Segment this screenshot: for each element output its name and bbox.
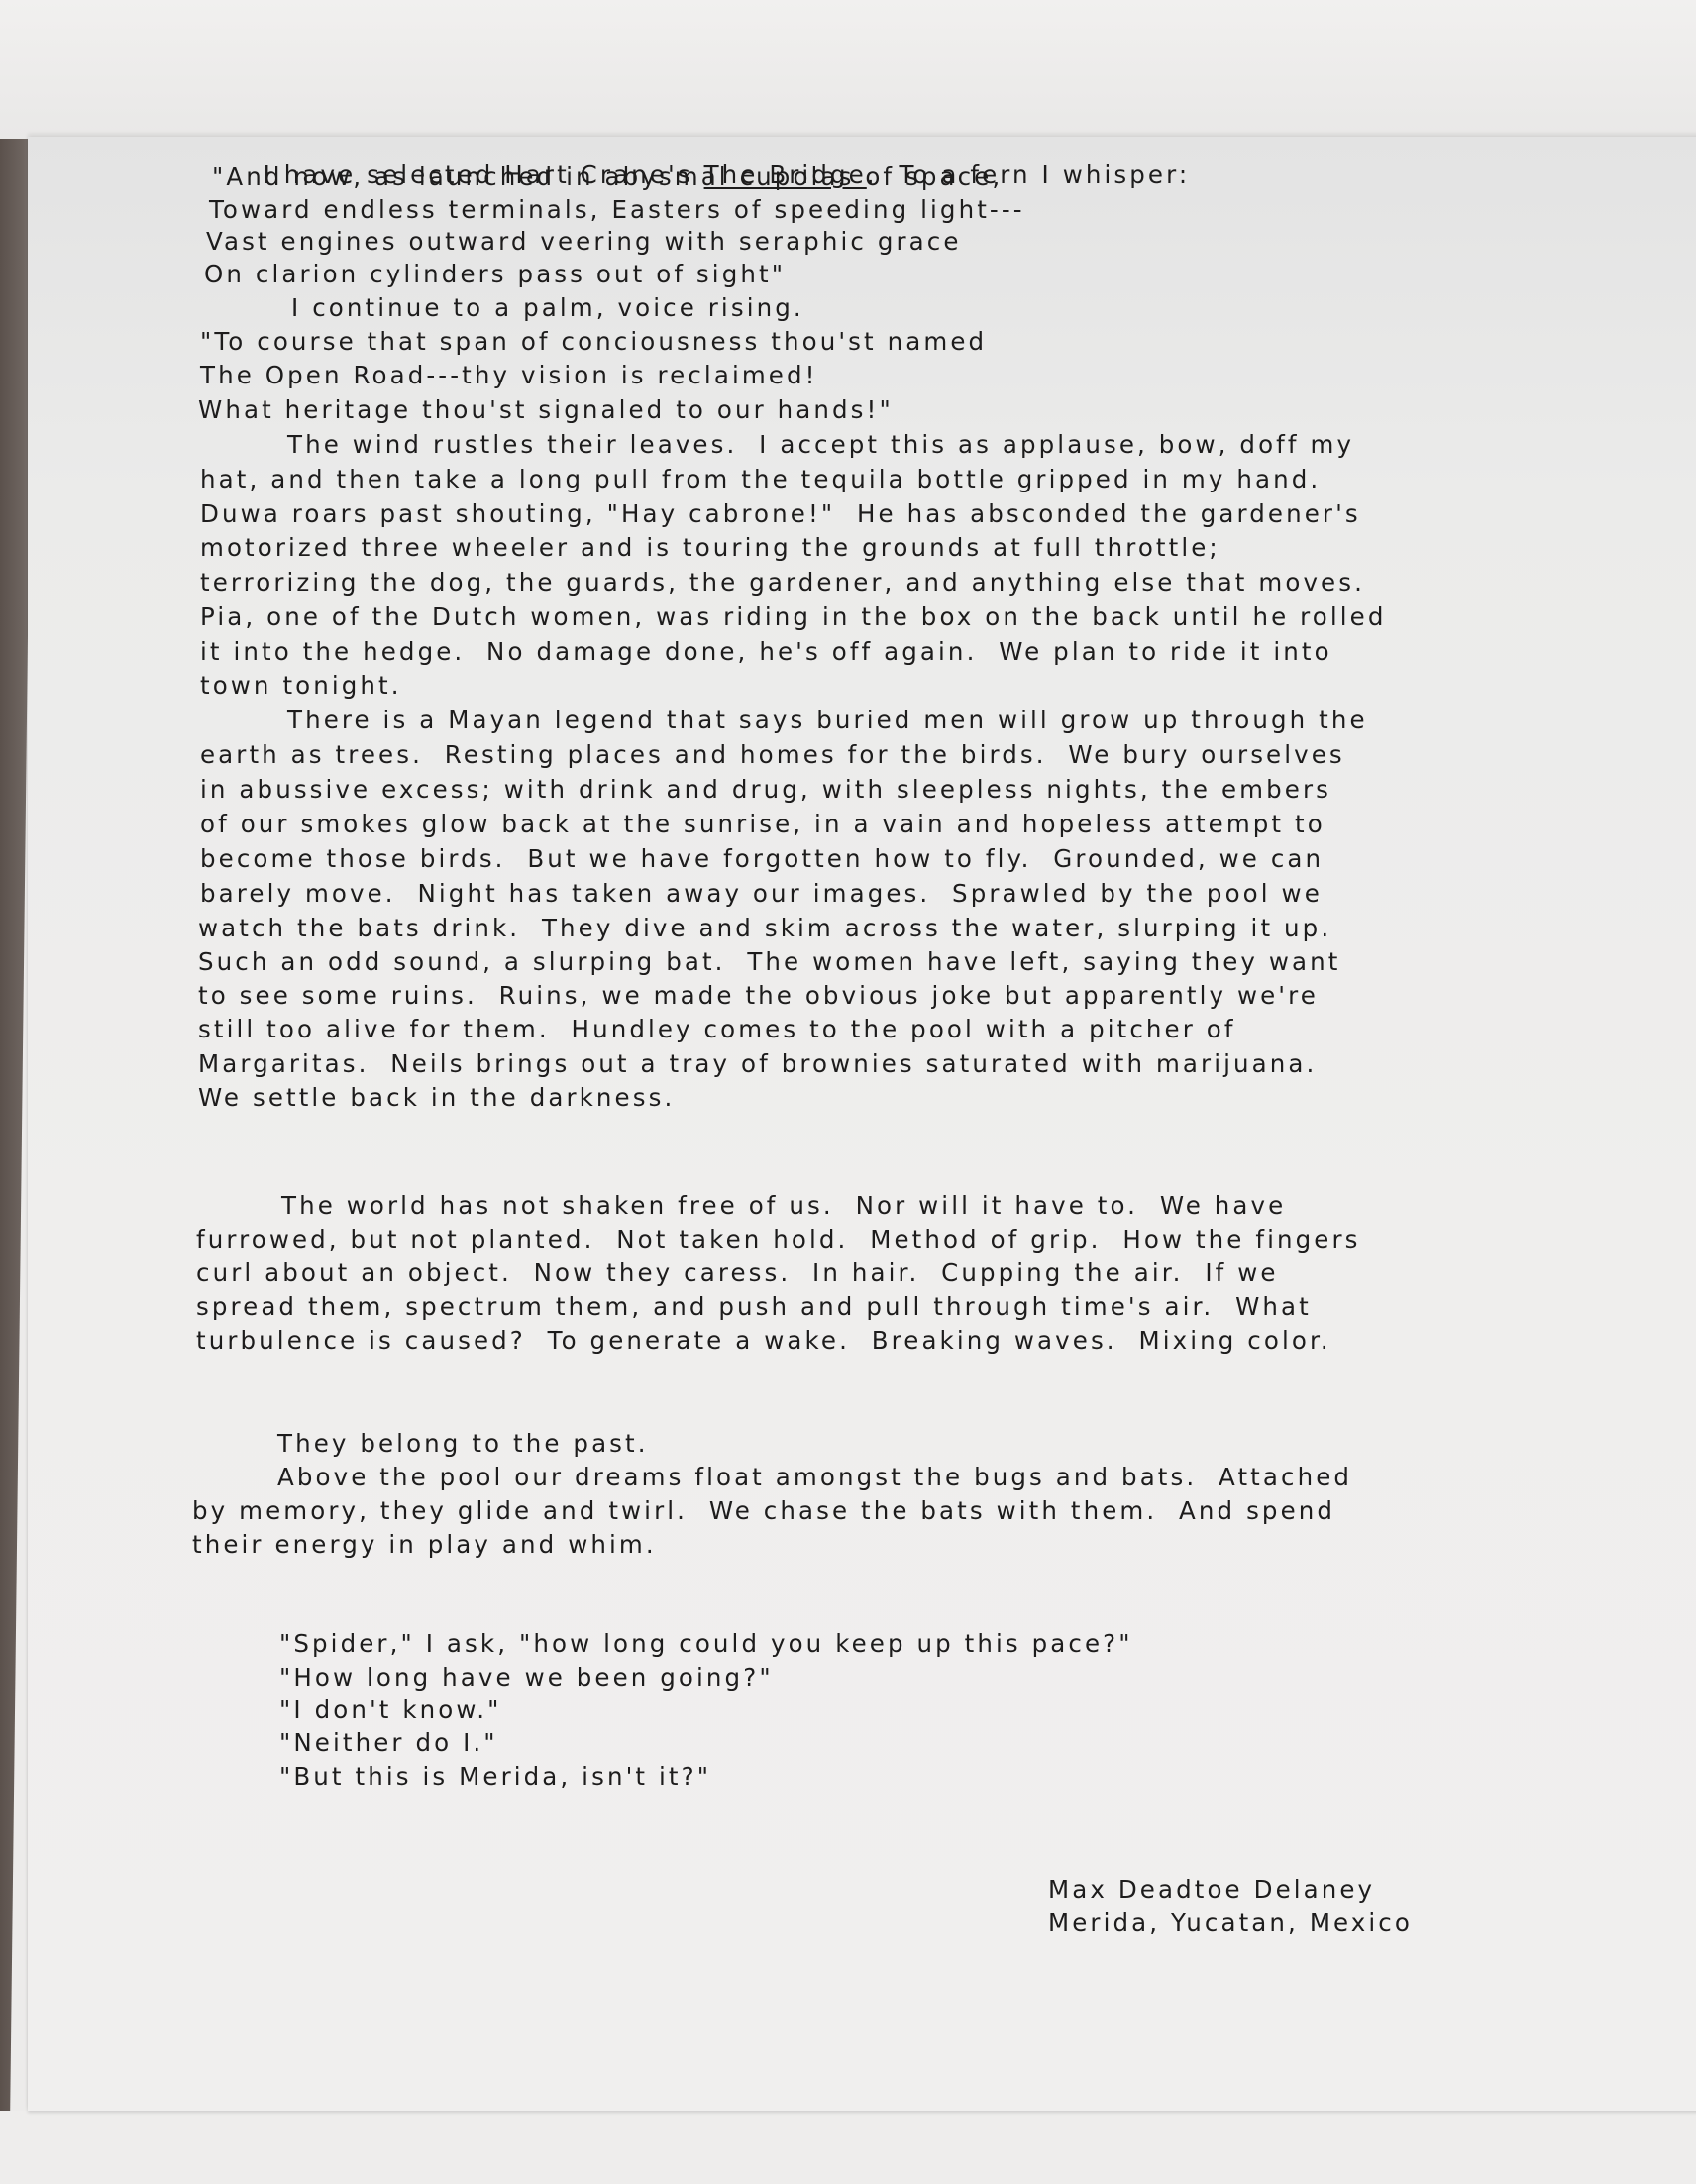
paragraph-line: of our smokes glow back at the sunrise, … — [200, 810, 1325, 839]
dialogue-line: "But this is Merida, isn't it?" — [279, 1762, 711, 1792]
dialogue-line: "Spider," I ask, "how long could you kee… — [279, 1629, 1133, 1659]
dialogue-line: "Neither do I." — [279, 1728, 498, 1758]
paragraph-line: Above the pool our dreams float amongst … — [277, 1463, 1352, 1492]
poem-line: Vast engines outward veering with seraph… — [206, 227, 962, 257]
signature-name: Max Deadtoe Delaney — [1048, 1875, 1375, 1905]
poem-line: Toward endless terminals, Easters of spe… — [209, 195, 1025, 225]
paragraph-line: town tonight. — [200, 671, 402, 701]
paragraph-line: curl about an object. Now they caress. I… — [196, 1258, 1279, 1288]
background-surface-bottom — [0, 2111, 1696, 2184]
paragraph-line: earth as trees. Resting places and homes… — [200, 740, 1345, 770]
poem-line: What heritage thou'st signaled to our ha… — [198, 395, 894, 425]
paragraph-line: by memory, they glide and twirl. We chas… — [192, 1496, 1335, 1526]
background-surface — [0, 0, 1696, 139]
paragraph-line: become those birds. But we have forgotte… — [200, 844, 1324, 874]
dialogue-line: "I don't know." — [279, 1695, 502, 1725]
paragraph-line: Pia, one of the Dutch women, was riding … — [200, 602, 1387, 632]
paragraph-line: to see some ruins. Ruins, we made the ob… — [198, 981, 1319, 1011]
signature-location: Merida, Yucatan, Mexico — [1048, 1909, 1413, 1938]
paragraph-line: The world has not shaken free of us. Nor… — [281, 1191, 1286, 1221]
paragraph-line: terrorizing the dog, the guards, the gar… — [200, 568, 1365, 598]
paragraph-line: They belong to the past. — [277, 1429, 649, 1459]
paragraph-line: still too alive for them. Hundley comes … — [198, 1015, 1236, 1044]
paragraph-line: Such an odd sound, a slurping bat. The w… — [198, 947, 1340, 977]
paragraph-line: barely move. Night has taken away our im… — [200, 879, 1323, 909]
continue-line: I continue to a palm, voice rising. — [291, 293, 804, 323]
paragraph-line: it into the hedge. No damage done, he's … — [200, 637, 1332, 667]
poem-line: The Open Road---thy vision is reclaimed! — [200, 361, 818, 390]
paragraph-line: spread them, spectrum them, and push and… — [196, 1292, 1312, 1322]
paragraph-line: hat, and then take a long pull from the … — [200, 465, 1321, 494]
paragraph-line: watch the bats drink. They dive and skim… — [198, 914, 1331, 943]
dialogue-line: "How long have we been going?" — [279, 1663, 774, 1693]
paragraph-line: motorized three wheeler and is touring t… — [200, 533, 1220, 563]
paragraph-line: Duwa roars past shouting, "Hay cabrone!"… — [200, 499, 1361, 529]
paragraph-line: furrowed, but not planted. Not taken hol… — [196, 1225, 1361, 1255]
paragraph-line: Margaritas. Neils brings out a tray of b… — [198, 1049, 1317, 1079]
paragraph-line: We settle back in the darkness. — [198, 1083, 675, 1113]
poem-line: "To course that span of conciousness tho… — [200, 327, 987, 357]
poem-line: On clarion cylinders pass out of sight" — [204, 260, 786, 289]
typewritten-page: I have selected Hart Crane's The Bridge.… — [28, 137, 1696, 2111]
paragraph-line: The wind rustles their leaves. I accept … — [287, 430, 1354, 460]
paragraph-line: turbulence is caused? To generate a wake… — [196, 1326, 1331, 1356]
poem-line: "And now, as launched in abysmal cupolas… — [212, 163, 1003, 192]
paragraph-line: There is a Mayan legend that says buried… — [287, 706, 1368, 735]
paragraph-line: their energy in play and whim. — [192, 1530, 657, 1560]
paragraph-line: in abussive excess; with drink and drug,… — [200, 775, 1331, 805]
